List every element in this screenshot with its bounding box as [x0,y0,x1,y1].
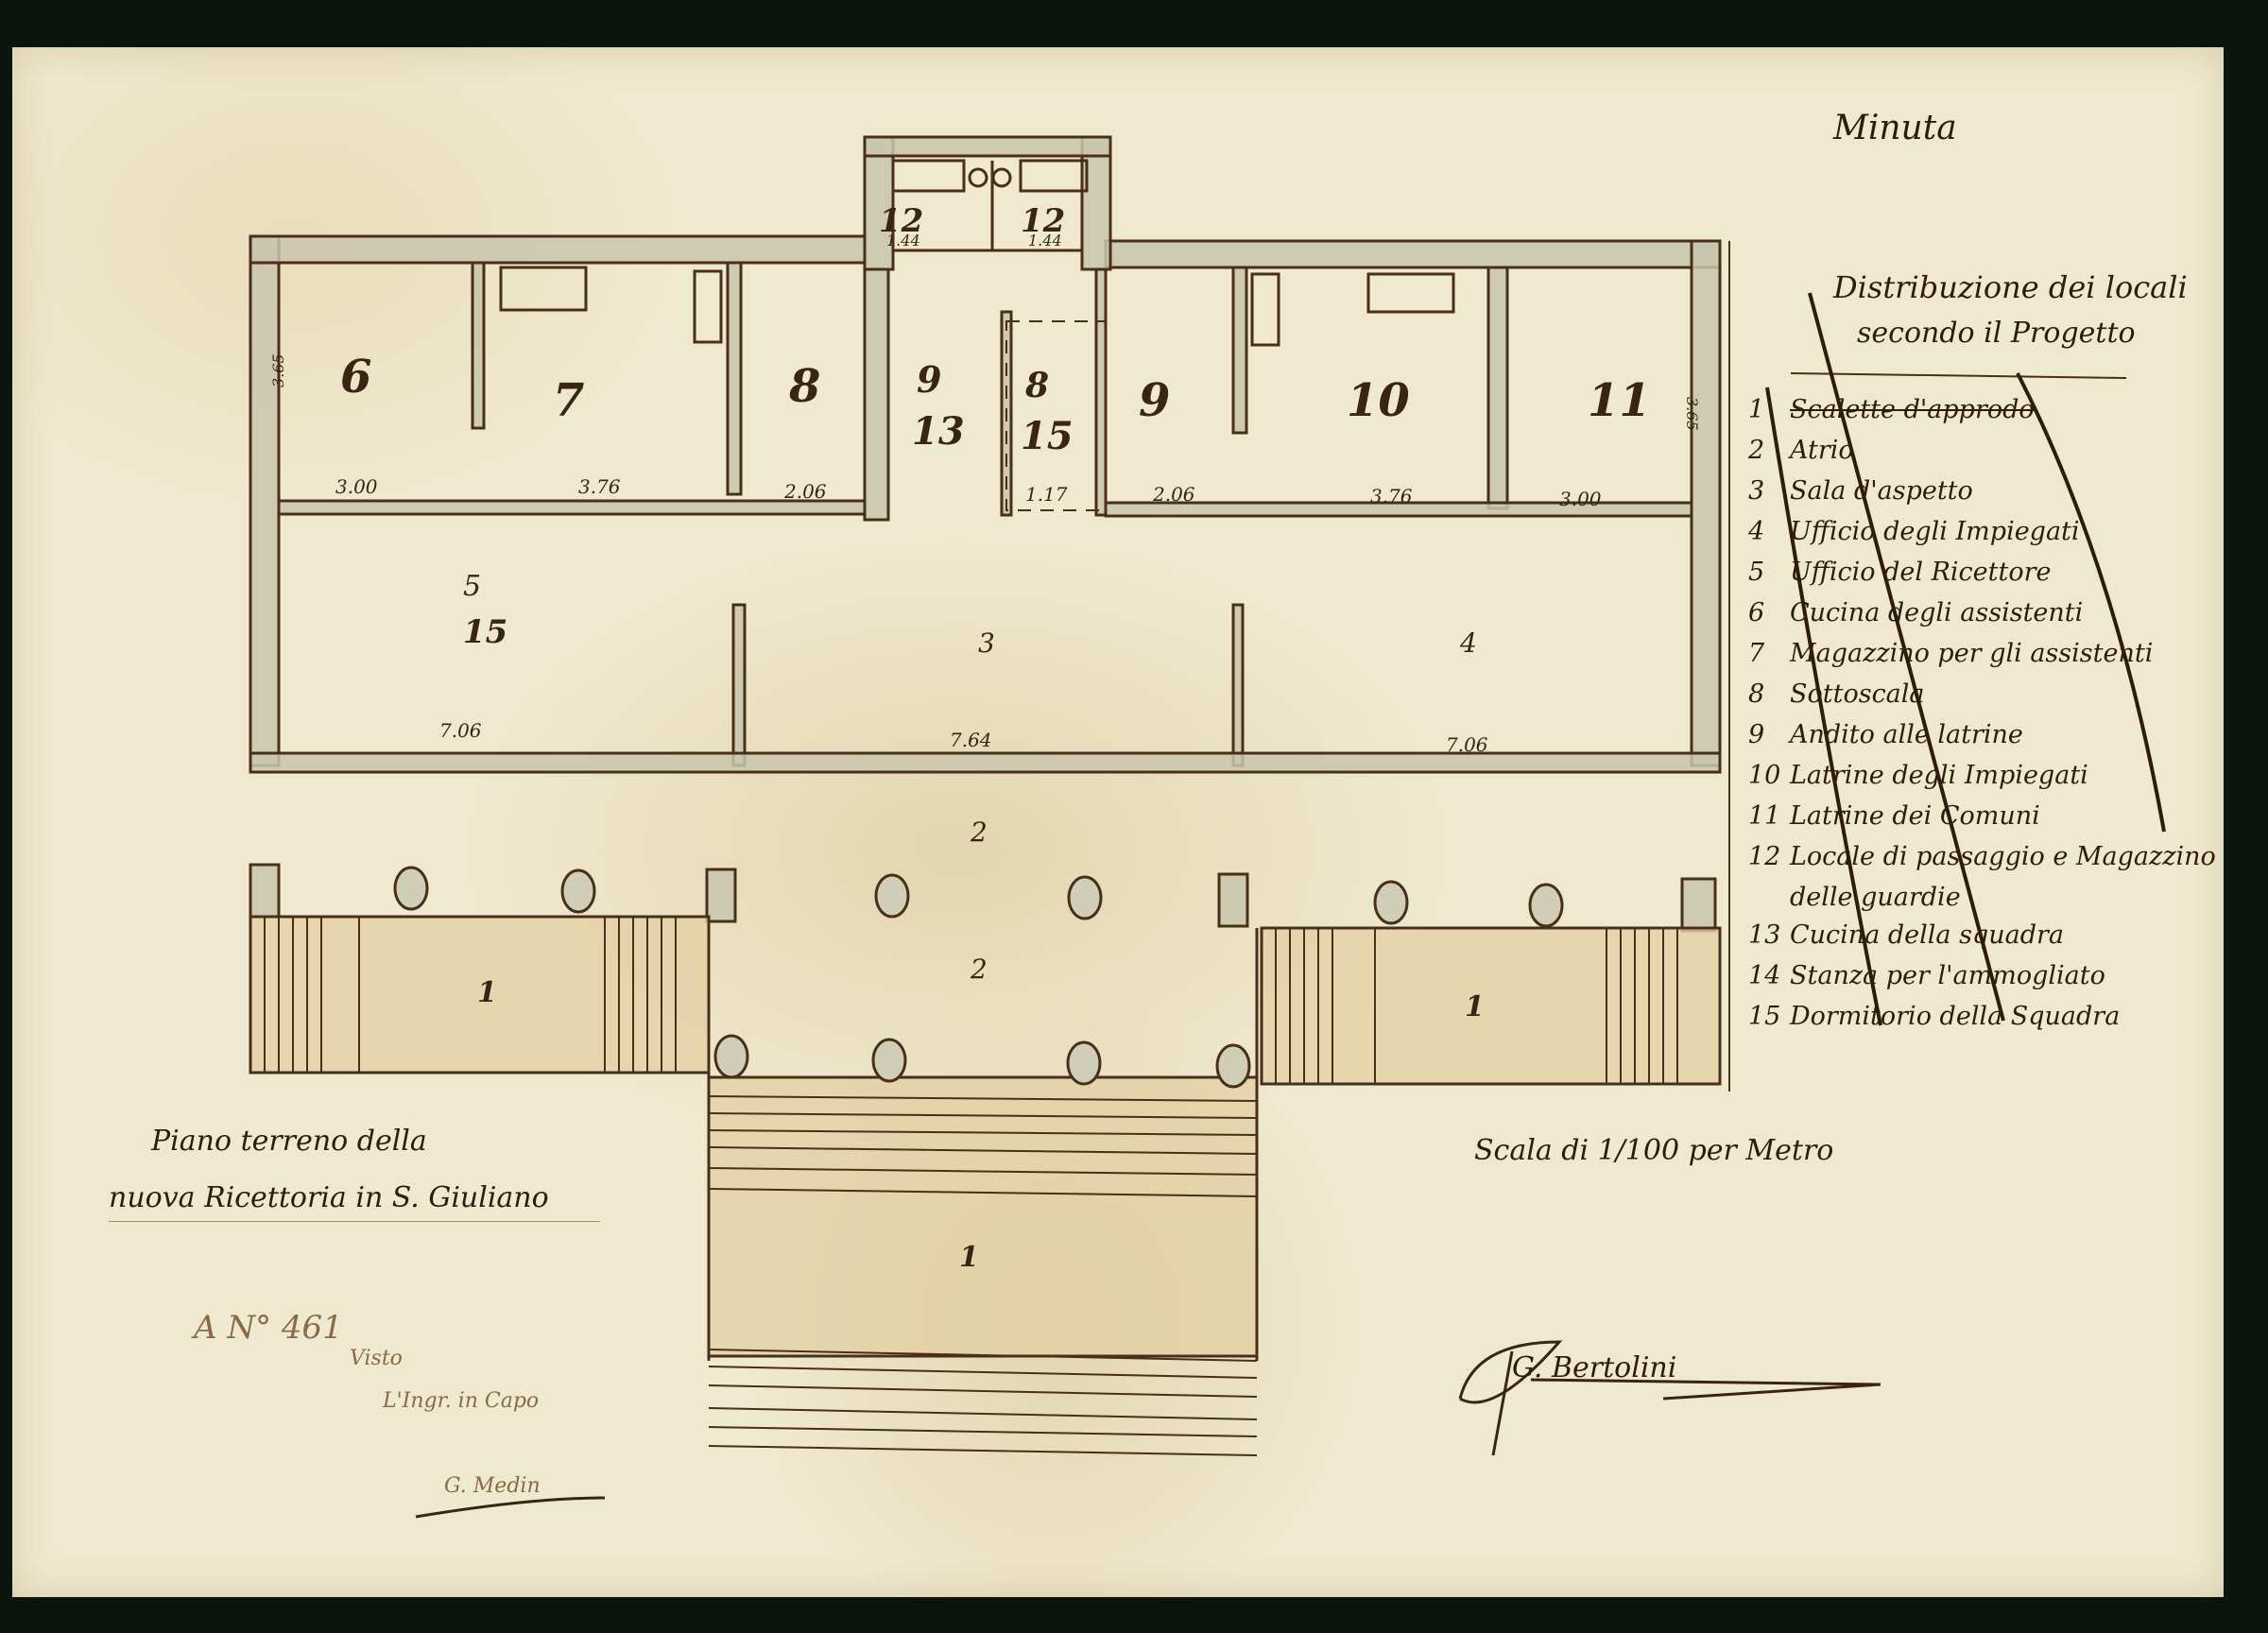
main-steps [709,1077,1257,1356]
svg-text:2.06: 2.06 [1152,483,1195,506]
svg-text:1.44: 1.44 [886,232,920,249]
legend-item-1: 1Scalette d'approdo [1748,395,2221,436]
svg-text:3.65: 3.65 [1683,397,1701,431]
room-label-10: 10 [1347,374,1410,427]
room-label-7: 7 [553,374,584,427]
plan-title-line2: nuova Ricettoria in S. Giuliano [109,1181,549,1214]
legend-item-6: 6Cucina degli assistenti [1748,598,2221,639]
legend-item-5: 5Ufficio del Ricettore [1748,558,2221,598]
corner-note: Minuta [1833,109,1957,147]
svg-text:7.64: 7.64 [950,729,992,751]
room-label-1a: 1 [477,976,497,1009]
approval-line-1: Visto [350,1347,403,1370]
legend-item-11: 11Latrine dei Comuni [1748,801,2221,842]
legend-item-12-cont: delle guardie [1748,883,2221,920]
room-label-3: 3 [978,627,995,659]
legend-item-10: 10Latrine degli Impiegati [1748,761,2221,801]
room-label-1b: 1 [1465,990,1485,1023]
legend-item-15: 15Dormitorio della Squadra [1748,1002,2221,1042]
svg-text:2.06: 2.06 [783,480,827,503]
room-label-2a: 2 [970,816,988,848]
room-label-9: 9 [1139,374,1170,427]
room-label-9-struck: 9 [917,358,941,401]
room-label-8: 8 [788,360,820,413]
legend-item-3: 3Sala d'aspetto [1748,476,2221,517]
svg-text:3.00: 3.00 [1559,488,1602,510]
room-label-11: 11 [1588,374,1651,427]
svg-text:3.76: 3.76 [578,475,621,498]
svg-text:1.44: 1.44 [1028,232,1062,249]
legend-item-8: 8Sottoscala [1748,679,2221,720]
archive-number: A N° 461 [194,1309,343,1347]
signature: G. Bertolini [1512,1351,1676,1384]
scale-note: Scala di 1/100 per Metro [1474,1134,1833,1167]
approval-line-2: L'Ingr. in Capo [383,1389,539,1413]
legend-title-line2: secondo il Progetto [1857,317,2136,350]
room-label-13: 13 [912,409,965,454]
room-label-15: 15 [1021,414,1074,458]
room-label-4: 4 [1459,627,1477,659]
west-wall [250,236,279,765]
plan-title-line1: Piano terreno della [151,1125,427,1158]
legend-list: 1Scalette d'approdo 2Atrio 3Sala d'aspet… [1748,395,2221,1042]
legend-item-2: 2Atrio [1748,436,2221,476]
legend-item-12: 12Locale di passaggio e Magazzino [1748,842,2221,883]
legend-item-4: 4Ufficio degli Impiegati [1748,517,2221,558]
approval-line-3: G. Medin [444,1474,541,1498]
room-label-1c: 1 [959,1241,979,1274]
svg-text:3.00: 3.00 [335,475,378,498]
legend-item-13: 13Cucina della squadra [1748,920,2221,961]
room-label-15-struck: 15 [463,613,507,651]
svg-text:3.65: 3.65 [269,353,287,387]
svg-text:7.06: 7.06 [1446,733,1488,756]
legend-item-14: 14Stanza per l'ammogliato [1748,961,2221,1002]
svg-text:7.06: 7.06 [439,719,482,742]
room-label-2b: 2 [970,954,988,985]
legend-item-9: 9Andito alle latrine [1748,720,2221,761]
legend-item-7: 7Magazzino per gli assistenti [1748,639,2221,679]
svg-text:3.76: 3.76 [1370,485,1413,507]
room-label-6: 6 [340,351,371,404]
svg-text:1.17: 1.17 [1025,483,1068,506]
right-steps [1262,928,1720,1084]
legend-title-line1: Distribuzione dei locali [1833,269,2188,305]
title-rule [109,1221,600,1222]
room-label-8-struck: 8 [1024,366,1049,405]
room-label-5: 5 [463,570,481,603]
